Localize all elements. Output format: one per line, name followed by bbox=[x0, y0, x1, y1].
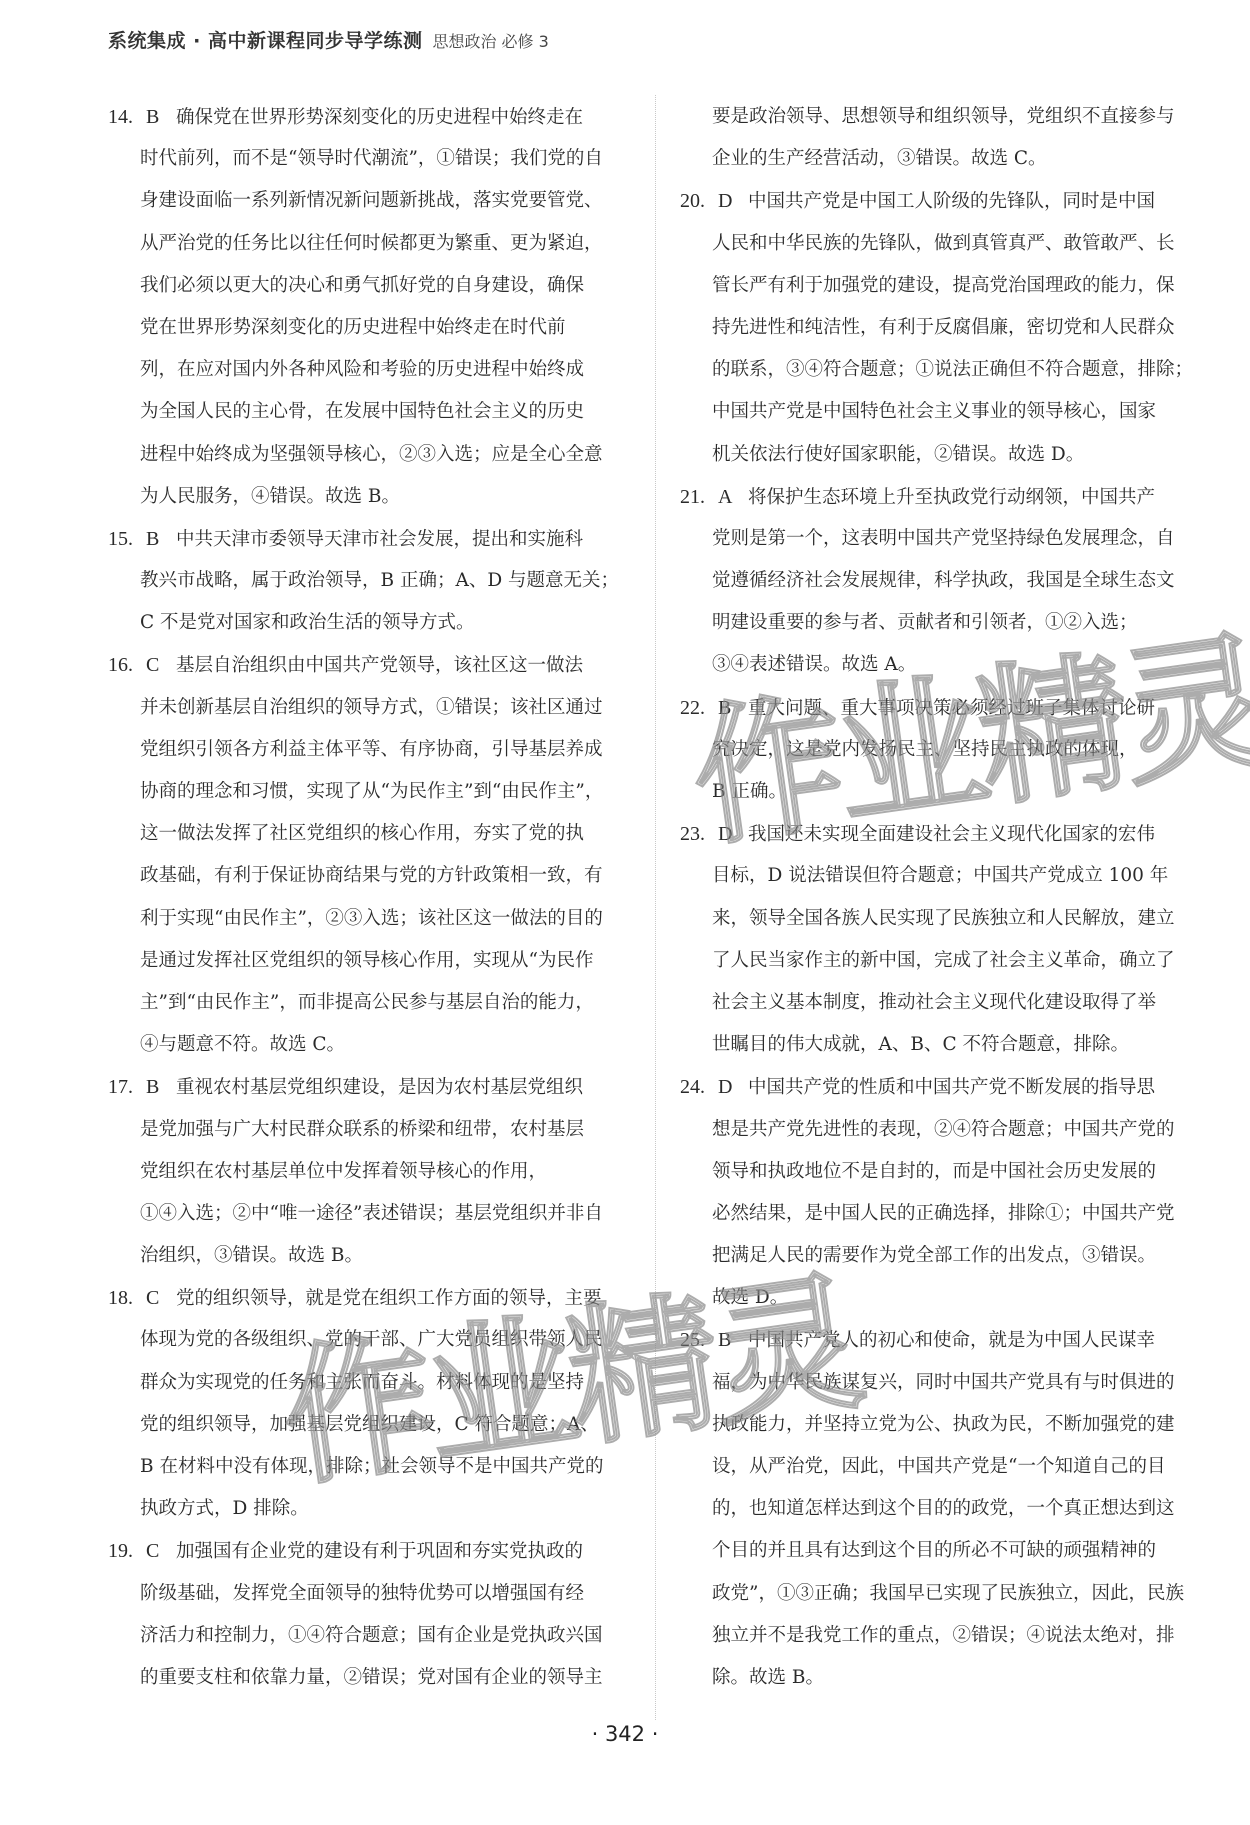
answer-item-start: 24.D中国共产党的性质和中国共产党不断发展的指导思 bbox=[680, 1066, 1212, 1108]
answer-text-line: 教兴市战略，属于政治领导，B 正确；A、D 与题意无关； bbox=[108, 560, 640, 602]
explanation-text: 执政方式，D 排除。 bbox=[140, 1498, 309, 1519]
answer-item-start: 17.B重视农村基层党组织建设，是因为农村基层党组织 bbox=[108, 1066, 640, 1108]
answer-text-line: 从严治党的任务比以往任何时候都更为繁重、更为紧迫， bbox=[108, 223, 640, 265]
answer-text-line: 究决定，这是党内发扬民主、坚持民主执政的体现， bbox=[680, 729, 1212, 771]
answer-item-start: 21.A将保护生态环境上升至执政党行动纲领，中国共产 bbox=[680, 476, 1212, 518]
question-number: 16. bbox=[108, 644, 146, 686]
explanation-text: 来，领导全国各族人民实现了民族独立和人民解放，建立 bbox=[712, 908, 1175, 929]
explanation-text: 的，也知道怎样达到这个目的的政党，一个真正想达到这 bbox=[712, 1498, 1175, 1519]
answer-text-line: 的，也知道怎样达到这个目的的政党，一个真正想达到这 bbox=[680, 1488, 1212, 1530]
answer-text-line: 协商的理念和习惯，实现了从“为民作主”到“由民作主”， bbox=[108, 771, 640, 813]
explanation-text: 为全国人民的主心骨，在发展中国特色社会主义的历史 bbox=[140, 401, 584, 422]
explanation-text: 党在世界形势深刻变化的历史进程中始终走在时代前 bbox=[140, 317, 566, 338]
question-number: 20. bbox=[680, 180, 718, 222]
explanation-text: 党的组织领导，就是党在组织工作方面的领导，主要 bbox=[176, 1288, 602, 1309]
answer-text-line: 主”到“由民作主”，而非提高公民参与基层自治的能力， bbox=[108, 982, 640, 1024]
answer-item-start: 22.B重大问题、重大事项决策必须经过班子集体讨论研 bbox=[680, 687, 1212, 729]
answer-choice: B bbox=[718, 687, 742, 729]
answer-text-line: 独立并不是我党工作的重点，②错误；④说法太绝对，排 bbox=[680, 1615, 1212, 1657]
explanation-text: 觉遵循经济社会发展规律，科学执政，我国是全球生态文 bbox=[712, 570, 1175, 591]
answer-item-start: 16.C基层自治组织由中国共产党领导，该社区这一做法 bbox=[108, 644, 640, 686]
answer-text-line: 是通过发挥社区党组织的领导核心作用，实现从“为民作 bbox=[108, 940, 640, 982]
answer-text-line: 阶级基础，发挥党全面领导的独特优势可以增强国有经 bbox=[108, 1573, 640, 1615]
answer-text-line: C 不是党对国家和政治生活的领导方式。 bbox=[108, 602, 640, 644]
answer-text-line: 明建设重要的参与者、贡献者和引领者，①②入选； bbox=[680, 602, 1212, 644]
explanation-text: 时代前列，而不是“领导时代潮流”，①错误；我们党的自 bbox=[140, 148, 603, 169]
answer-text-line: 进程中始终成为坚强领导核心，②③入选；应是全心全意 bbox=[108, 434, 640, 476]
explanation-text: ④与题意不符。故选 C。 bbox=[140, 1034, 345, 1055]
explanation-text: 列，在应对国内外各种风险和考验的历史进程中始终成 bbox=[140, 359, 584, 380]
answer-text-line: 这一做法发挥了社区党组织的核心作用，夯实了党的执 bbox=[108, 813, 640, 855]
explanation-text: 机关依法行使好国家职能，②错误。故选 D。 bbox=[712, 444, 1084, 465]
answer-text-line: 个目的并且具有达到这个目的所必不可缺的顽强精神的 bbox=[680, 1530, 1212, 1572]
left-column: 14.B确保党在世界形势深刻变化的历史进程中始终走在时代前列，而不是“领导时代潮… bbox=[108, 96, 640, 1699]
answer-text-line: 中国共产党是中国特色社会主义事业的领导核心，国家 bbox=[680, 391, 1212, 433]
explanation-text: 要是政治领导、思想领导和组织领导，党组织不直接参与 bbox=[712, 106, 1175, 127]
explanation-text: 管长严有利于加强党的建设，提高党治国理政的能力，保 bbox=[712, 275, 1175, 296]
answer-text-line: 世瞩目的伟大成就，A、B、C 不符合题意，排除。 bbox=[680, 1024, 1212, 1066]
subject-label: 思想政治 必修 3 bbox=[432, 29, 548, 52]
answer-text-line: 执政方式，D 排除。 bbox=[108, 1488, 640, 1530]
explanation-text: 是通过发挥社区党组织的领导核心作用，实现从“为民作 bbox=[140, 950, 593, 971]
answer-text-line: 必然结果，是中国人民的正确选择，排除①；中国共产党 bbox=[680, 1193, 1212, 1235]
explanation-text: 想是共产党先进性的表现，②④符合题意；中国共产党的 bbox=[712, 1119, 1175, 1140]
explanation-text: 基层自治组织由中国共产党领导，该社区这一做法 bbox=[176, 655, 583, 676]
book-series-title: 系统集成 · 高中新课程同步导学练测 bbox=[108, 26, 422, 53]
answer-text-line: 要是政治领导、思想领导和组织领导，党组织不直接参与 bbox=[680, 96, 1212, 138]
explanation-text: 社会主义基本制度，推动社会主义现代化建设取得了举 bbox=[712, 992, 1156, 1013]
answer-text-line: 治组织，③错误。故选 B。 bbox=[108, 1235, 640, 1277]
question-number: 23. bbox=[680, 813, 718, 855]
explanation-text: 体现为党的各级组织、党的干部、广大党员组织带领人民 bbox=[140, 1329, 603, 1350]
explanation-text: 党组织在农村基层单位中发挥着领导核心的作用， bbox=[140, 1161, 547, 1182]
answer-item-start: 23.D我国还未实现全面建设社会主义现代化国家的宏伟 bbox=[680, 813, 1212, 855]
answer-text-line: 机关依法行使好国家职能，②错误。故选 D。 bbox=[680, 434, 1212, 476]
explanation-text: 治组织，③错误。故选 B。 bbox=[140, 1245, 363, 1266]
answer-text-line: 了人民当家作主的新中国，完成了社会主义革命，确立了 bbox=[680, 940, 1212, 982]
page-number: · 342 · bbox=[0, 1722, 1250, 1746]
answer-text-line: 领导和执政地位不是自封的，而是中国社会历史发展的 bbox=[680, 1151, 1212, 1193]
answer-choice: B bbox=[146, 96, 170, 138]
answer-text-line: 利于实现“由民作主”，②③入选；该社区这一做法的目的 bbox=[108, 898, 640, 940]
explanation-text: 我国还未实现全面建设社会主义现代化国家的宏伟 bbox=[748, 824, 1155, 845]
answer-text-line: 时代前列，而不是“领导时代潮流”，①错误；我们党的自 bbox=[108, 138, 640, 180]
answer-choice: C bbox=[146, 644, 170, 686]
answer-choice: D bbox=[718, 813, 742, 855]
explanation-text: 设，从严治党，因此，中国共产党是“一个知道自己的目 bbox=[712, 1456, 1165, 1477]
explanation-text: ③④表述错误。故选 A。 bbox=[712, 654, 916, 675]
explanation-text: 将保护生态环境上升至执政党行动纲领，中国共产 bbox=[748, 487, 1155, 508]
answer-item-start: 14.B确保党在世界形势深刻变化的历史进程中始终走在 bbox=[108, 96, 640, 138]
explanation-text: 中国共产党的性质和中国共产党不断发展的指导思 bbox=[748, 1077, 1155, 1098]
explanation-text: 的联系，③④符合题意；①说法正确但不符合题意，排除； bbox=[712, 359, 1193, 380]
running-header: 系统集成 · 高中新课程同步导学练测 思想政治 必修 3 bbox=[108, 26, 549, 56]
column-divider bbox=[655, 95, 656, 1720]
question-number: 17. bbox=[108, 1066, 146, 1108]
question-number: 21. bbox=[680, 476, 718, 518]
explanation-text: 故选 D。 bbox=[712, 1287, 788, 1308]
answer-item-start: 25.B中国共产党人的初心和使命，就是为中国人民谋幸 bbox=[680, 1319, 1212, 1361]
answer-text-line: 企业的生产经营活动，③错误。故选 C。 bbox=[680, 138, 1212, 180]
explanation-text: 个目的并且具有达到这个目的所必不可缺的顽强精神的 bbox=[712, 1540, 1156, 1561]
explanation-text: B 在材料中没有体现，排除；社会领导不是中国共产党的 bbox=[140, 1456, 603, 1477]
answer-text-line: 社会主义基本制度，推动社会主义现代化建设取得了举 bbox=[680, 982, 1212, 1024]
explanation-text: 主”到“由民作主”，而非提高公民参与基层自治的能力， bbox=[140, 992, 594, 1013]
question-number: 22. bbox=[680, 687, 718, 729]
explanation-text: 的重要支柱和依靠力量，②错误；党对国有企业的领导主 bbox=[140, 1667, 603, 1688]
question-number: 24. bbox=[680, 1066, 718, 1108]
answer-text-line: 除。故选 B。 bbox=[680, 1657, 1212, 1699]
answer-text-line: 的重要支柱和依靠力量，②错误；党对国有企业的领导主 bbox=[108, 1657, 640, 1699]
answer-text-line: 党组织在农村基层单位中发挥着领导核心的作用， bbox=[108, 1151, 640, 1193]
answer-text-line: 政基础，有利于保证协商结果与党的方针政策相一致，有 bbox=[108, 855, 640, 897]
answer-text-line: 党则是第一个，这表明中国共产党坚持绿色发展理念，自 bbox=[680, 518, 1212, 560]
answer-text-line: 列，在应对国内外各种风险和考验的历史进程中始终成 bbox=[108, 349, 640, 391]
explanation-text: 明建设重要的参与者、贡献者和引领者，①②入选； bbox=[712, 612, 1138, 633]
explanation-text: 企业的生产经营活动，③错误。故选 C。 bbox=[712, 148, 1047, 169]
explanation-text: 福，为中华民族谋复兴，同时中国共产党具有与时俱进的 bbox=[712, 1372, 1175, 1393]
explanation-text: B 正确。 bbox=[712, 781, 787, 802]
answer-text-line: B 在材料中没有体现，排除；社会领导不是中国共产党的 bbox=[108, 1446, 640, 1488]
explanation-text: 党的组织领导，加强基层党组织建设，C 符合题意；A、 bbox=[140, 1414, 599, 1435]
answer-text-line: 济活力和控制力，①④符合题意；国有企业是党执政兴国 bbox=[108, 1615, 640, 1657]
explanation-text: 这一做法发挥了社区党组织的核心作用，夯实了党的执 bbox=[140, 823, 584, 844]
explanation-text: 济活力和控制力，①④符合题意；国有企业是党执政兴国 bbox=[140, 1625, 603, 1646]
explanation-text: ①④入选；②中“唯一途径”表述错误；基层党组织并非自 bbox=[140, 1203, 603, 1224]
answer-text-line: ④与题意不符。故选 C。 bbox=[108, 1024, 640, 1066]
answer-choice: C bbox=[146, 1530, 170, 1572]
answer-text-line: 设，从严治党，因此，中国共产党是“一个知道自己的目 bbox=[680, 1446, 1212, 1488]
explanation-text: 确保党在世界形势深刻变化的历史进程中始终走在 bbox=[176, 107, 583, 128]
answer-text-line: 来，领导全国各族人民实现了民族独立和人民解放，建立 bbox=[680, 898, 1212, 940]
explanation-text: 持先进性和纯洁性，有利于反腐倡廉，密切党和人民群众 bbox=[712, 317, 1175, 338]
answer-item-start: 18.C党的组织领导，就是党在组织工作方面的领导，主要 bbox=[108, 1277, 640, 1319]
answer-choice: C bbox=[146, 1277, 170, 1319]
explanation-text: 了人民当家作主的新中国，完成了社会主义革命，确立了 bbox=[712, 950, 1175, 971]
explanation-text: 阶级基础，发挥党全面领导的独特优势可以增强国有经 bbox=[140, 1583, 584, 1604]
explanation-text: 为人民服务，④错误。故选 B。 bbox=[140, 486, 400, 507]
explanation-text: 是党加强与广大村民群众联系的桥梁和纽带，农村基层 bbox=[140, 1119, 584, 1140]
right-column: 要是政治领导、思想领导和组织领导，党组织不直接参与企业的生产经营活动，③错误。故… bbox=[680, 96, 1212, 1699]
explanation-text: 中国共产党是中国工人阶级的先锋队，同时是中国 bbox=[748, 191, 1155, 212]
explanation-text: 并未创新基层自治组织的领导方式，①错误；该社区通过 bbox=[140, 697, 603, 718]
answer-text-line: 体现为党的各级组织、党的干部、广大党员组织带领人民 bbox=[108, 1319, 640, 1361]
answer-text-line: B 正确。 bbox=[680, 771, 1212, 813]
answer-item-start: 20.D中国共产党是中国工人阶级的先锋队，同时是中国 bbox=[680, 180, 1212, 222]
explanation-text: C 不是党对国家和政治生活的领导方式。 bbox=[140, 612, 475, 633]
explanation-text: 利于实现“由民作主”，②③入选；该社区这一做法的目的 bbox=[140, 908, 603, 929]
explanation-text: 协商的理念和习惯，实现了从“为民作主”到“由民作主”， bbox=[140, 781, 603, 802]
answer-text-line: 我们必须以更大的决心和勇气抓好党的自身建设，确保 bbox=[108, 265, 640, 307]
explanation-text: 必然结果，是中国人民的正确选择，排除①；中国共产党 bbox=[712, 1203, 1175, 1224]
explanation-text: 党则是第一个，这表明中国共产党坚持绿色发展理念，自 bbox=[712, 528, 1175, 549]
answer-item-start: 15.B中共天津市委领导天津市社会发展，提出和实施科 bbox=[108, 518, 640, 560]
answer-text-line: 的联系，③④符合题意；①说法正确但不符合题意，排除； bbox=[680, 349, 1212, 391]
explanation-text: 从严治党的任务比以往任何时候都更为繁重、更为紧迫， bbox=[140, 233, 603, 254]
answer-text-line: ①④入选；②中“唯一途径”表述错误；基层党组织并非自 bbox=[108, 1193, 640, 1235]
answer-text-line: 觉遵循经济社会发展规律，科学执政，我国是全球生态文 bbox=[680, 560, 1212, 602]
answer-text-line: 群众为实现党的任务和主张而奋斗。材料体现的是坚持 bbox=[108, 1362, 640, 1404]
answer-text-line: 执政能力，并坚持立党为公、执政为民，不断加强党的建 bbox=[680, 1404, 1212, 1446]
question-number: 15. bbox=[108, 518, 146, 560]
explanation-text: 执政能力，并坚持立党为公、执政为民，不断加强党的建 bbox=[712, 1414, 1175, 1435]
explanation-text: 把满足人民的需要作为党全部工作的出发点，③错误。 bbox=[712, 1245, 1156, 1266]
answer-text-line: 是党加强与广大村民群众联系的桥梁和纽带，农村基层 bbox=[108, 1109, 640, 1151]
explanation-text: 进程中始终成为坚强领导核心，②③入选；应是全心全意 bbox=[140, 444, 603, 465]
answer-item-start: 19.C加强国有企业党的建设有利于巩固和夯实党执政的 bbox=[108, 1530, 640, 1572]
explanation-text: 人民和中华民族的先锋队，做到真管真严、敢管敢严、长 bbox=[712, 233, 1175, 254]
answer-text-line: 目标，D 说法错误但符合题意；中国共产党成立 100 年 bbox=[680, 855, 1212, 897]
answer-choice: B bbox=[146, 1066, 170, 1108]
answer-text-line: 故选 D。 bbox=[680, 1277, 1212, 1319]
answer-text-line: 政党”，①③正确；我国早已实现了民族独立，因此，民族 bbox=[680, 1573, 1212, 1615]
answer-text-line: ③④表述错误。故选 A。 bbox=[680, 644, 1212, 686]
explanation-text: 中共天津市委领导天津市社会发展，提出和实施科 bbox=[176, 529, 583, 550]
explanation-text: 中国共产党是中国特色社会主义事业的领导核心，国家 bbox=[712, 401, 1156, 422]
answer-text-line: 并未创新基层自治组织的领导方式，①错误；该社区通过 bbox=[108, 687, 640, 729]
explanation-text: 教兴市战略，属于政治领导，B 正确；A、D 与题意无关； bbox=[140, 570, 619, 591]
explanation-text: 目标，D 说法错误但符合题意；中国共产党成立 100 年 bbox=[712, 865, 1168, 886]
explanation-text: 领导和执政地位不是自封的，而是中国社会历史发展的 bbox=[712, 1161, 1156, 1182]
explanation-text: 政党”，①③正确；我国早已实现了民族独立，因此，民族 bbox=[712, 1583, 1184, 1604]
answer-choice: D bbox=[718, 1066, 742, 1108]
answer-text-line: 党组织引领各方利益主体平等、有序协商，引导基层养成 bbox=[108, 729, 640, 771]
answer-text-line: 福，为中华民族谋复兴，同时中国共产党具有与时俱进的 bbox=[680, 1362, 1212, 1404]
answer-text-line: 人民和中华民族的先锋队，做到真管真严、敢管敢严、长 bbox=[680, 223, 1212, 265]
explanation-text: 除。故选 B。 bbox=[712, 1667, 824, 1688]
explanation-text: 政基础，有利于保证协商结果与党的方针政策相一致，有 bbox=[140, 865, 603, 886]
explanation-text: 加强国有企业党的建设有利于巩固和夯实党执政的 bbox=[176, 1541, 583, 1562]
answer-text-line: 党的组织领导，加强基层党组织建设，C 符合题意；A、 bbox=[108, 1404, 640, 1446]
answer-choice: D bbox=[718, 180, 742, 222]
explanation-text: 党组织引领各方利益主体平等、有序协商，引导基层养成 bbox=[140, 739, 603, 760]
answer-text-line: 为人民服务，④错误。故选 B。 bbox=[108, 476, 640, 518]
answer-choice: B bbox=[146, 518, 170, 560]
answer-choice: A bbox=[718, 476, 742, 518]
explanation-text: 中国共产党人的初心和使命，就是为中国人民谋幸 bbox=[748, 1330, 1155, 1351]
explanation-text: 重视农村基层党组织建设，是因为农村基层党组织 bbox=[176, 1077, 583, 1098]
answer-text-line: 身建设面临一系列新情况新问题新挑战，落实党要管党、 bbox=[108, 180, 640, 222]
explanation-text: 独立并不是我党工作的重点，②错误；④说法太绝对，排 bbox=[712, 1625, 1175, 1646]
answer-text-line: 管长严有利于加强党的建设，提高党治国理政的能力，保 bbox=[680, 265, 1212, 307]
explanation-text: 世瞩目的伟大成就，A、B、C 不符合题意，排除。 bbox=[712, 1034, 1129, 1055]
question-number: 19. bbox=[108, 1530, 146, 1572]
explanation-text: 群众为实现党的任务和主张而奋斗。材料体现的是坚持 bbox=[140, 1372, 584, 1393]
answer-choice: B bbox=[718, 1319, 742, 1361]
answer-text-line: 党在世界形势深刻变化的历史进程中始终走在时代前 bbox=[108, 307, 640, 349]
explanation-text: 我们必须以更大的决心和勇气抓好党的自身建设，确保 bbox=[140, 275, 584, 296]
explanation-text: 究决定，这是党内发扬民主、坚持民主执政的体现， bbox=[712, 739, 1138, 760]
answer-text-line: 想是共产党先进性的表现，②④符合题意；中国共产党的 bbox=[680, 1109, 1212, 1151]
answer-text-line: 为全国人民的主心骨，在发展中国特色社会主义的历史 bbox=[108, 391, 640, 433]
question-number: 25. bbox=[680, 1319, 718, 1361]
question-number: 14. bbox=[108, 96, 146, 138]
explanation-text: 重大问题、重大事项决策必须经过班子集体讨论研 bbox=[748, 698, 1155, 719]
answer-text-line: 持先进性和纯洁性，有利于反腐倡廉，密切党和人民群众 bbox=[680, 307, 1212, 349]
answer-text-line: 把满足人民的需要作为党全部工作的出发点，③错误。 bbox=[680, 1235, 1212, 1277]
explanation-text: 身建设面临一系列新情况新问题新挑战，落实党要管党、 bbox=[140, 190, 603, 211]
question-number: 18. bbox=[108, 1277, 146, 1319]
